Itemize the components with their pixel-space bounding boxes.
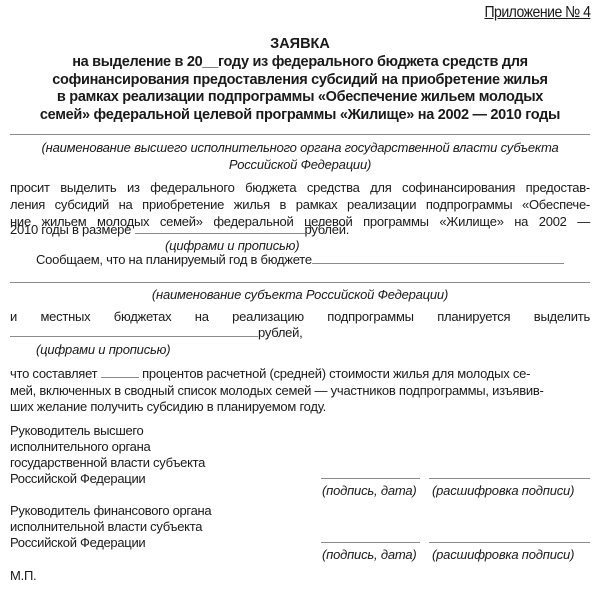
title-line-2: софинансирования предоставления субсидий… — [0, 72, 600, 88]
request-amount-prefix: 2010 годы в размере — [10, 222, 131, 237]
signatory-2-decode-field[interactable] — [429, 542, 590, 543]
budget-amount-field[interactable] — [10, 325, 258, 337]
percent-prefix: что составляет — [10, 366, 97, 381]
budget-amount-caption: (цифрами и прописью) — [36, 342, 170, 357]
budget-subject-field-inline[interactable] — [312, 252, 564, 264]
budget-subject-field[interactable] — [10, 282, 590, 283]
organ-name-field[interactable] — [10, 134, 590, 135]
signatory-1-title-line: исполнительного органа — [10, 439, 250, 455]
signatory-1-decode-caption: (расшифровка подписи) — [432, 483, 574, 498]
percent-line-2: мей, включенных в сводный список молодых… — [10, 383, 544, 398]
organ-caption-line-1: (наименование высшего исполнительного ор… — [0, 140, 600, 155]
request-amount-row: 2010 годы в размере рублей. — [10, 222, 349, 237]
request-amount-field[interactable] — [135, 222, 305, 234]
title-line-1: на выделение в 20__году из федерального … — [0, 54, 600, 70]
signatory-2-title: Руководитель финансового органа исполнит… — [10, 503, 250, 551]
signatory-2-signature-field[interactable] — [321, 542, 420, 543]
signatory-2-title-line: исполнительной власти субъекта — [10, 519, 250, 535]
budget-subject-caption: (наименование субъекта Российской Федера… — [0, 287, 600, 302]
budget-row: Сообщаем, что на планируемый год в бюдже… — [36, 252, 564, 267]
signatory-2-signature-caption: (подпись, дата) — [322, 547, 417, 562]
request-amount-caption: (цифрами и прописью) — [165, 238, 299, 253]
signatory-2-title-line: Руководитель финансового органа — [10, 503, 250, 519]
request-line-2: ления субсидий на приобретение жилья в р… — [10, 197, 590, 212]
budget-prefix: Сообщаем, что на планируемый год в бюдже… — [36, 252, 312, 267]
budget-line-2: и местных бюджетах на реализацию подпрог… — [10, 309, 590, 324]
budget-amount-suffix: рублей, — [258, 325, 303, 340]
percent-line-1: что составляет процентов расчетной (сред… — [10, 366, 530, 381]
signatory-1-title-line: Российской Федерации — [10, 471, 250, 487]
percent-field[interactable] — [101, 366, 139, 378]
signatory-2-decode-caption: (расшифровка подписи) — [432, 547, 574, 562]
signatory-2-title-line: Российской Федерации — [10, 535, 250, 551]
signatory-1-signature-caption: (подпись, дата) — [322, 483, 417, 498]
budget-amount-row: рублей, — [10, 325, 303, 340]
percent-line-1-rest: процентов расчетной (средней) стоимости … — [142, 366, 530, 381]
appendix-label: Приложение № 4 — [484, 4, 590, 22]
organ-caption-line-2: Российской Федерации) — [0, 157, 600, 172]
document-title: ЗАЯВКА — [0, 36, 600, 52]
request-line-1: просит выделить из федерального бюджета … — [10, 180, 590, 195]
stamp-place-label: М.П. — [10, 568, 36, 583]
request-amount-suffix: рублей. — [305, 222, 350, 237]
title-line-4: семей» федеральной целевой программы «Жи… — [0, 107, 600, 123]
percent-line-3: ших желание получить субсидию в планируе… — [10, 399, 326, 414]
signatory-1-title-line: государственной власти субъекта — [10, 455, 250, 471]
title-line-3: в рамках реализации подпрограммы «Обеспе… — [0, 89, 600, 105]
signatory-1-signature-field[interactable] — [321, 478, 420, 479]
signatory-1-title: Руководитель высшего исполнительного орг… — [10, 423, 250, 487]
signatory-1-title-line: Руководитель высшего — [10, 423, 250, 439]
signatory-1-decode-field[interactable] — [429, 478, 590, 479]
